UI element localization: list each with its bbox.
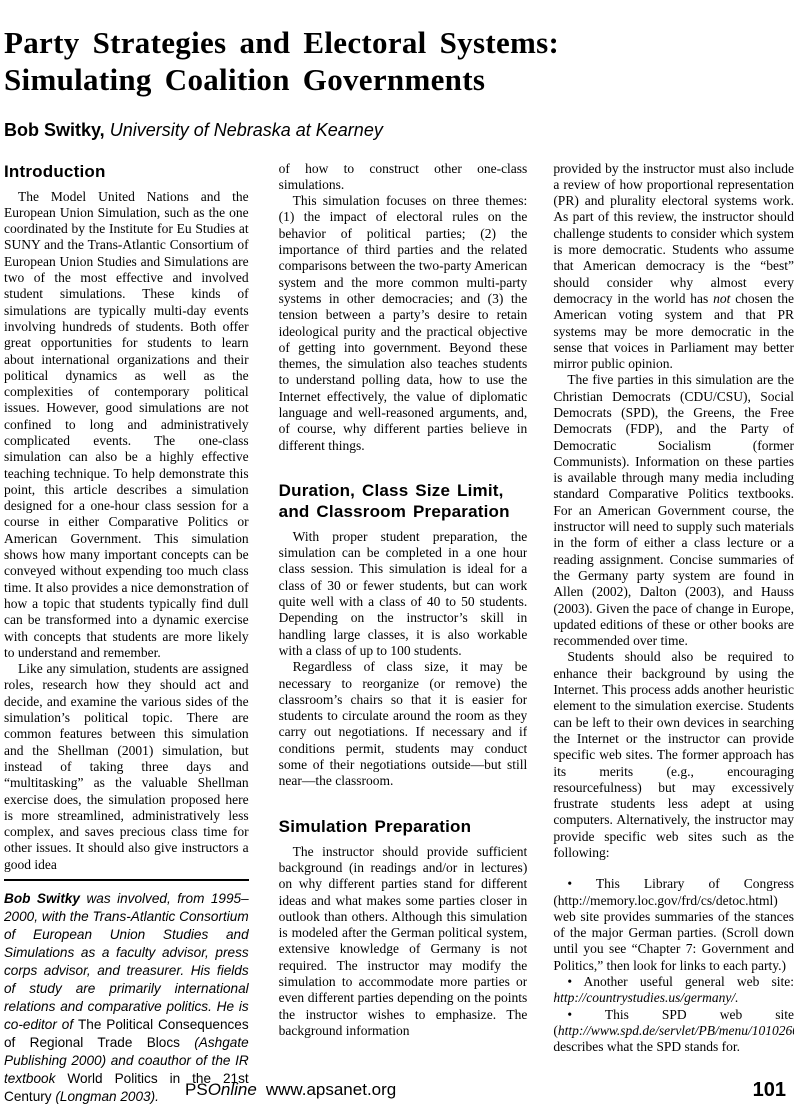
paragraph: Students should also be required to enha… bbox=[553, 649, 794, 861]
column-3: provided by the instructor must also inc… bbox=[553, 161, 794, 1106]
paragraph: Regardless of class size, it may be nece… bbox=[279, 659, 528, 789]
bullet-item-spd-site: • This SPD web site (http://www.spd.de/s… bbox=[553, 1007, 794, 1056]
paragraph: With proper student preparation, the sim… bbox=[279, 529, 528, 659]
paragraph: The instructor should provide sufficient… bbox=[279, 844, 528, 1040]
column-2: of how to construct other one-class simu… bbox=[279, 161, 528, 1106]
paragraph: This simulation focuses on three themes:… bbox=[279, 193, 528, 454]
journal-ps: PS bbox=[185, 1080, 208, 1099]
url-text: http://countrystudies.us/germany/. bbox=[553, 990, 738, 1005]
paragraph: Like any simulation, students are assign… bbox=[4, 661, 249, 873]
bullet-item-library-of-congress: • This Library of Congress (http://memor… bbox=[553, 876, 794, 974]
author-bio-note: Bob Switky was involved, from 1995–2000,… bbox=[4, 879, 249, 1106]
emphasized-word: not bbox=[713, 291, 730, 306]
journal-name: PSOnlinewww.apsanet.org bbox=[185, 1080, 396, 1100]
article-title-line2: Simulating Coalition Governments bbox=[4, 61, 794, 98]
paragraph-text: provided by the instructor must also inc… bbox=[553, 161, 794, 306]
byline-affiliation: University of Nebraska at Kearney bbox=[110, 120, 383, 140]
paragraph: The five parties in this simulation are … bbox=[553, 372, 794, 649]
article-title-line1: Party Strategies and Electoral Systems: bbox=[4, 24, 794, 61]
page-footer: PSOnlinewww.apsanet.org 101 bbox=[0, 1078, 800, 1102]
paragraph: The Model United Nations and the Europea… bbox=[4, 189, 249, 662]
bio-author-name: Bob Switky bbox=[4, 891, 80, 906]
journal-website: www.apsanet.org bbox=[266, 1080, 396, 1099]
paragraph: provided by the instructor must also inc… bbox=[553, 161, 794, 373]
journal-online: Online bbox=[208, 1080, 257, 1099]
section-heading-simulation-preparation: Simulation Preparation bbox=[279, 816, 528, 837]
bio-paragraph: Bob Switky was involved, from 1995–2000,… bbox=[4, 890, 249, 1106]
section-heading-duration: Duration, Class Size Limit, and Classroo… bbox=[279, 480, 528, 522]
section-heading-introduction: Introduction bbox=[4, 161, 249, 182]
bio-text: was involved, from 1995–2000, with the T… bbox=[4, 891, 249, 1032]
paper-page: Party Strategies and Electoral Systems: … bbox=[0, 0, 800, 1110]
paragraph: of how to construct other one-class simu… bbox=[279, 161, 528, 194]
page-number: 101 bbox=[753, 1079, 786, 1102]
byline: Bob Switky, University of Nebraska at Ke… bbox=[4, 119, 794, 141]
article-header: Party Strategies and Electoral Systems: … bbox=[4, 24, 794, 141]
bullet-text: • Another useful general web site: bbox=[567, 974, 794, 989]
url-text: http://www.spd.de/servlet/PB/menu/101026… bbox=[558, 1023, 794, 1038]
bullet-item-countrystudies: • Another useful general web site: http:… bbox=[553, 974, 794, 1007]
column-1: Introduction The Model United Nations an… bbox=[4, 161, 249, 1106]
article-body: Introduction The Model United Nations an… bbox=[4, 161, 794, 1106]
article-title: Party Strategies and Electoral Systems: … bbox=[4, 24, 794, 98]
byline-author: Bob Switky, bbox=[4, 120, 105, 140]
